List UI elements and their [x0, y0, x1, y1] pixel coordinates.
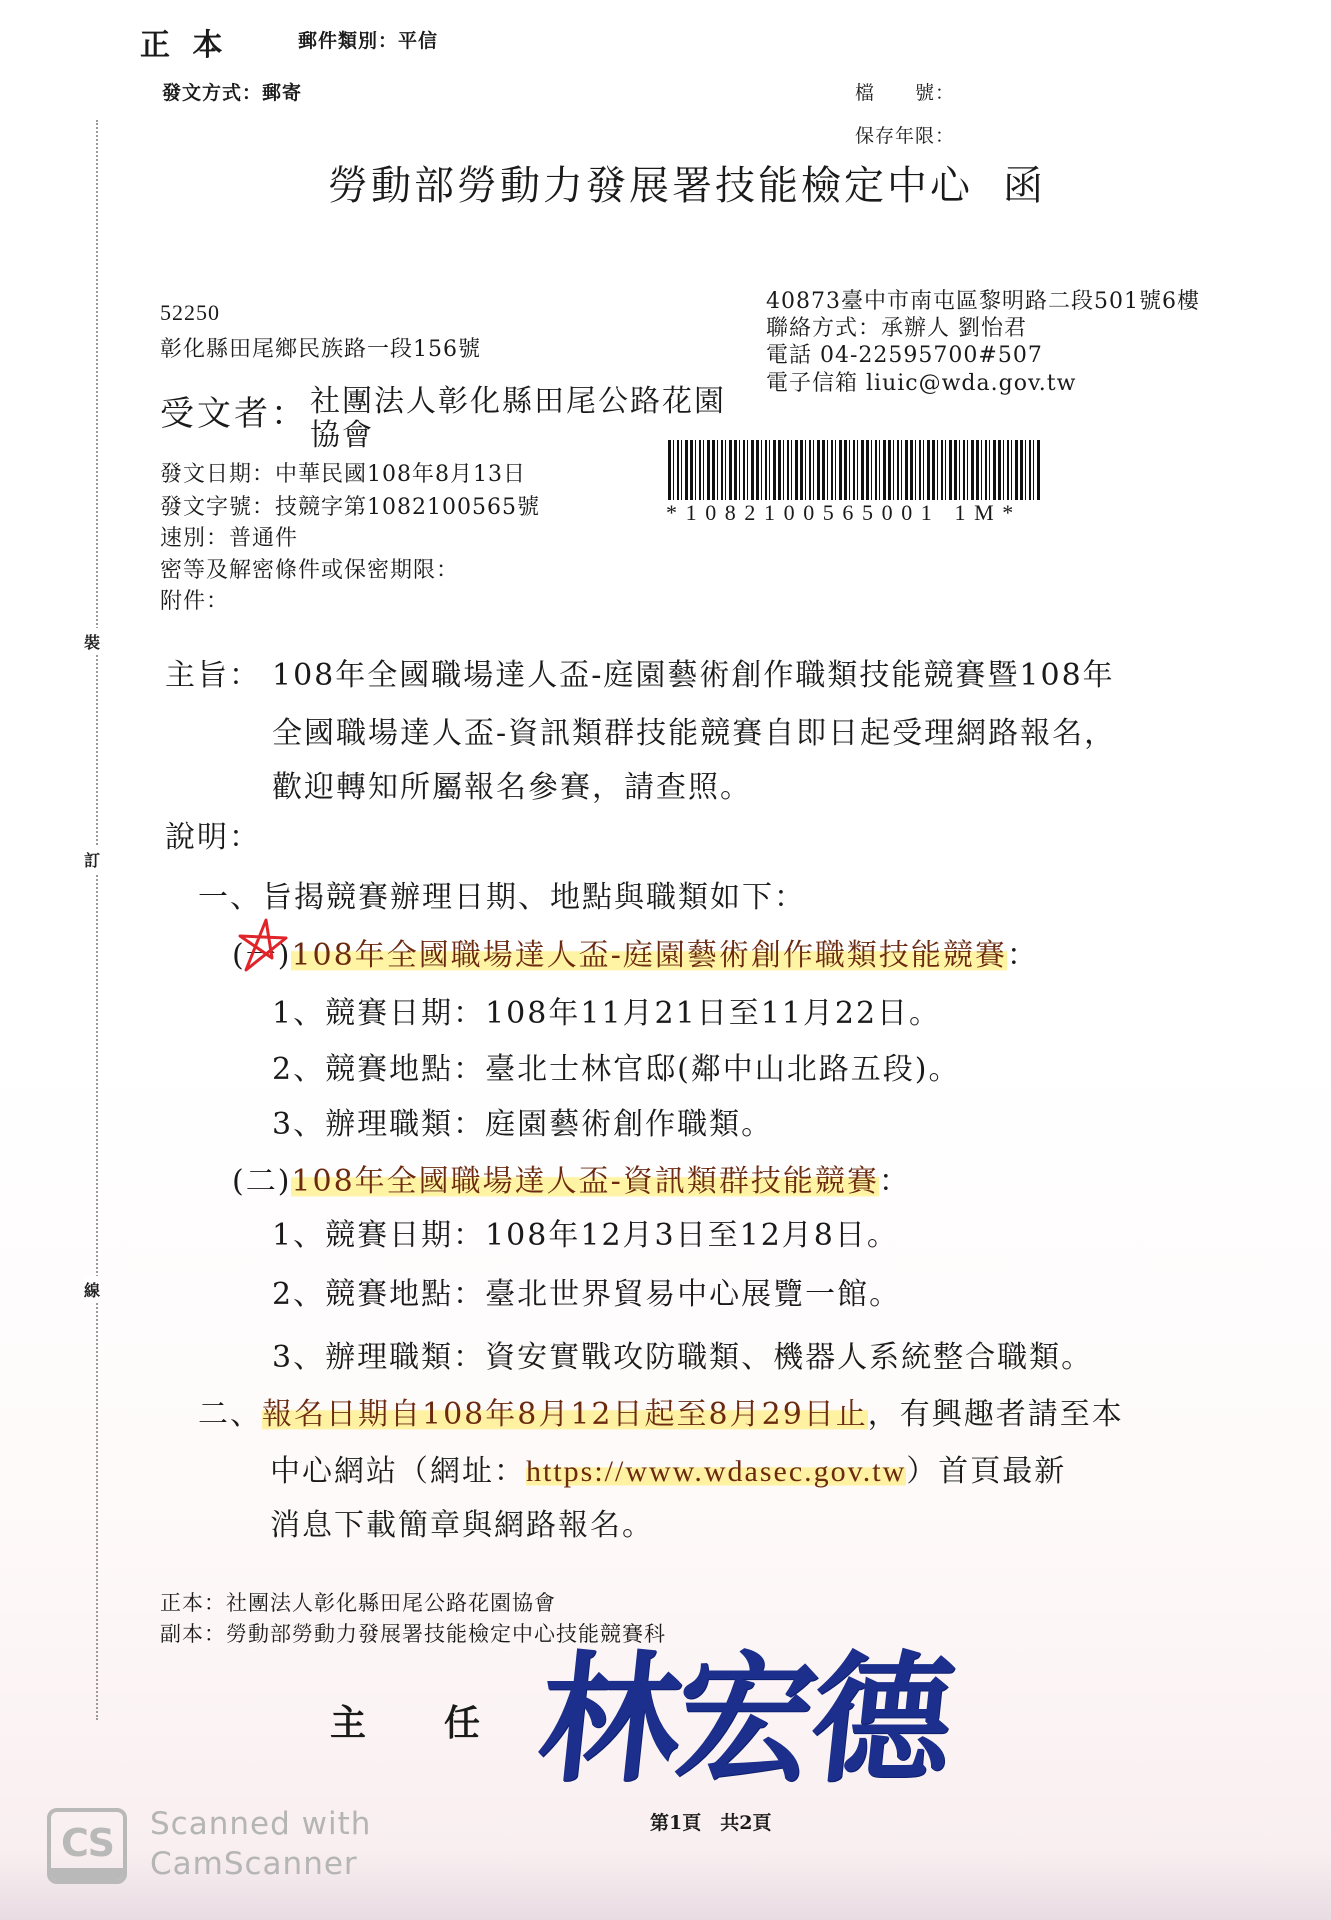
recipient-postal-code: 52250: [160, 300, 220, 326]
sub2-title-highlighted: 108年全國職場達人盃-資訊類群技能競賽: [291, 1164, 878, 1199]
explanation-label: 說明：: [165, 812, 261, 856]
subject-line1: 108年全國職場達人盃-庭園藝術創作職類技能競賽暨108年: [272, 650, 1115, 694]
point-text: 、競賽地點：臺北世界貿易中心展覽一館。: [293, 1277, 901, 1312]
binding-mark-xian: 線: [84, 1276, 100, 1303]
sub2-point: 2、競賽地點：臺北世界貿易中心展覽一館。: [272, 1269, 901, 1313]
point-text: 、競賽日期：108年12月3日至12月8日。: [293, 1218, 899, 1253]
point-text: 、競賽地點：臺北士林官邸(鄰中山北路五段)。: [293, 1052, 960, 1087]
binding-mark-zhuang: 裝: [84, 628, 100, 655]
subject-label: 主旨：: [165, 650, 261, 694]
website-url[interactable]: https://www.wdasec.gov.tw: [526, 1455, 906, 1488]
recipient-label: 受文者：: [160, 386, 308, 435]
item2-line3: 消息下載簡章與網路報名。: [270, 1500, 654, 1544]
point-text: 、競賽日期：108年11月21日至11月22日。: [293, 996, 941, 1031]
page-info: 第1頁 共2頁: [650, 1808, 771, 1835]
recipient-name-line2: 協會: [310, 410, 374, 454]
sub2-marker: (二): [232, 1164, 291, 1199]
item2-line1: 二、報名日期自108年8月12日起至8月29日止，有興趣者請至本: [198, 1389, 1124, 1433]
point-number: 1: [272, 1218, 293, 1253]
dispatch-method: 發文方式：郵寄: [162, 78, 302, 105]
item2-rest: ，有興趣者請至本: [868, 1397, 1124, 1432]
point-text: 、辦理職類：庭園藝術創作職類。: [293, 1107, 773, 1142]
director-title-1: 主: [330, 1695, 366, 1746]
item2-line2: 中心網站（網址：https://www.wdasec.gov.tw）首頁最新: [270, 1446, 1066, 1490]
watermark-line1: Scanned with: [150, 1806, 371, 1842]
binding-dotted-line: [96, 120, 98, 1720]
sub1-title-highlighted: 108年全國職場達人盃-庭園藝術創作職類技能競賽: [291, 938, 1006, 973]
item2-marker: 二、: [198, 1397, 262, 1432]
website-prefix: 中心網站（網址：: [270, 1454, 526, 1489]
point-number: 1: [272, 996, 293, 1031]
sub-item-1-heading: (一)108年全國職場達人盃-庭園藝術創作職類技能競賽：: [232, 930, 1039, 974]
secrecy-level: 密等及解密條件或保密期限：: [160, 553, 459, 584]
barcode-text: *1082100565001 1M*: [666, 500, 1022, 526]
sender-email: 電子信箱 liuic@wda.gov.tw: [766, 366, 1076, 397]
dispatch-date: 發文日期：中華民國108年8月13日: [160, 457, 526, 488]
binding-mark-ding: 訂: [84, 846, 100, 873]
website-suffix: ）首頁最新: [906, 1454, 1066, 1489]
director-title-2: 任: [444, 1695, 480, 1746]
copy-type: 正 本: [140, 20, 228, 64]
item1: 一、旨揭競賽辦理日期、地點與職類如下：: [198, 872, 806, 916]
sub1-point: 3、辦理職類：庭園藝術創作職類。: [272, 1099, 773, 1143]
sub2-point: 1、競賽日期：108年12月3日至12月8日。: [272, 1210, 899, 1254]
sub2-colon: ：: [879, 1164, 911, 1199]
original-recipient: 正本：社團法人彰化縣田尾公路花園協會: [160, 1587, 556, 1617]
item1-marker: 一、: [198, 880, 262, 915]
sender-phone: 電話 04-22595700#507: [766, 338, 1043, 369]
attachments: 附件：: [160, 584, 229, 615]
watermark-line2: CamScanner: [150, 1846, 358, 1882]
registration-period-highlighted: 報名日期自108年8月12日起至8月29日止: [262, 1397, 868, 1432]
sub-item-2-heading: (二)108年全國職場達人盃-資訊類群技能競賽：: [232, 1156, 911, 1200]
sub1-colon: ：: [1007, 938, 1039, 973]
mail-category: 郵件類別：平信: [298, 26, 438, 53]
recipient-address: 彰化縣田尾鄉民族路一段156號: [160, 332, 481, 363]
point-number: 2: [272, 1052, 293, 1087]
document-barcode: [668, 440, 1040, 500]
camscanner-logo-icon: CS: [47, 1808, 127, 1884]
agency-title: 勞動部勞動力發展署技能檢定中心: [328, 154, 973, 211]
delivery-speed: 速別：普通件: [160, 521, 298, 552]
retention-period-label: 保存年限：: [855, 121, 955, 148]
point-number: 3: [272, 1340, 293, 1375]
point-number: 2: [272, 1277, 293, 1312]
sub2-point: 3、辦理職類：資安實戰攻防職類、機器人系統整合職類。: [272, 1332, 1093, 1376]
red-star-annotation-icon: [232, 918, 292, 978]
director-signature: 林宏德: [533, 1650, 956, 1790]
sub1-point: 2、競賽地點：臺北士林官邸(鄰中山北路五段)。: [272, 1044, 961, 1088]
item1-text: 旨揭競賽辦理日期、地點與職類如下：: [262, 880, 806, 915]
point-text: 、辦理職類：資安實戰攻防職類、機器人系統整合職類。: [293, 1340, 1093, 1375]
document-type: 函: [1003, 154, 1046, 211]
file-number-label: 檔 號：: [855, 78, 955, 105]
subject-line2: 全國職場達人盃-資訊類群技能競賽自即日起受理網路報名，: [272, 708, 1116, 752]
point-number: 3: [272, 1107, 293, 1142]
document-number: 發文字號：技競字第1082100565號: [160, 490, 540, 521]
sub1-point: 1、競賽日期：108年11月21日至11月22日。: [272, 988, 941, 1032]
subject-line3: 歡迎轉知所屬報名參賽，請查照。: [272, 762, 752, 806]
